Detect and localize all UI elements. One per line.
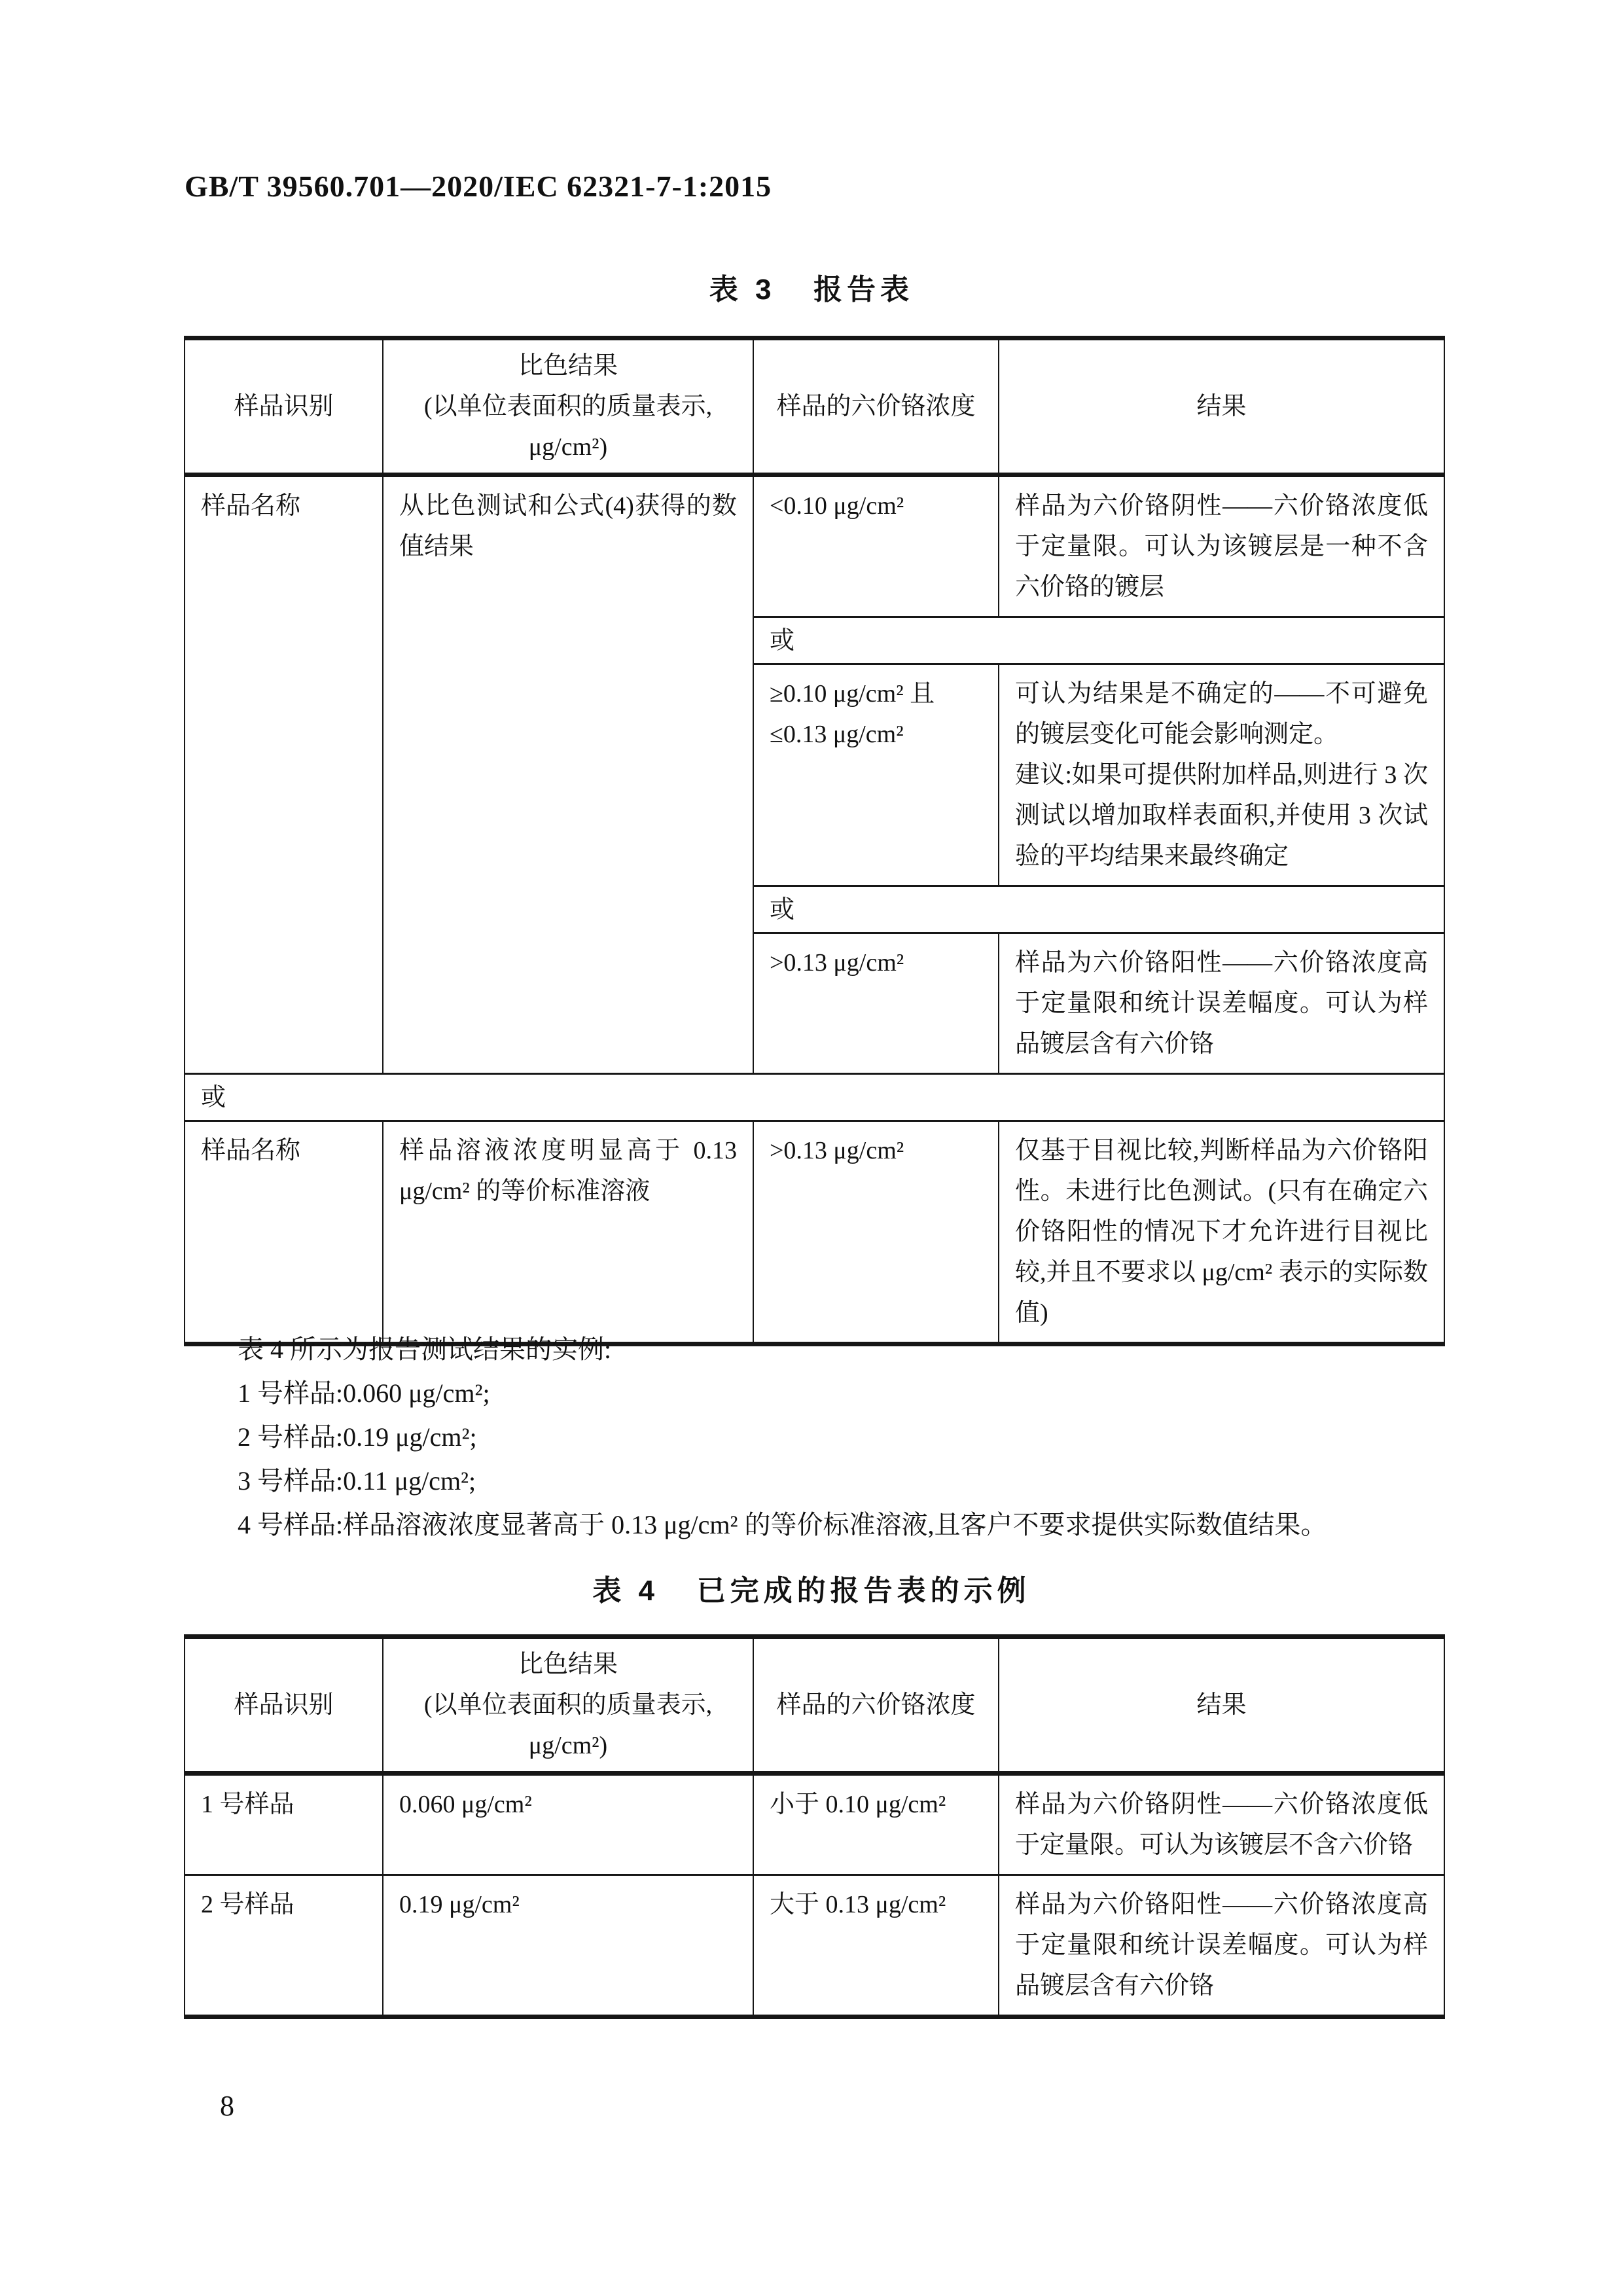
table-4-cell-sample-1-result: 样品为六价铬阴性——六价铬浓度低于定量限。可认为该镀层不含六价铬 <box>999 1774 1444 1875</box>
table-4-header-colorimetric-result: 比色结果 (以单位表面积的质量表示, μg/cm²) <box>383 1637 753 1774</box>
table-3-header-colorimetric-result: 比色结果 (以单位表面积的质量表示, μg/cm²) <box>383 338 753 475</box>
standard-number-header: GB/T 39560.701—2020/IEC 62321-7-1:2015 <box>185 169 772 204</box>
table-3-header-sample-id: 样品识别 <box>185 338 383 475</box>
table-3-cell-conc-gt013: >0.13 μg/cm² <box>753 933 999 1074</box>
table-3-cell-or-2: 或 <box>753 886 1444 933</box>
table-3-cell-sample-name: 样品名称 <box>185 475 383 1074</box>
table-3-cell-sample-name-2: 样品名称 <box>185 1121 383 1344</box>
table-4-cell-sample-1-id: 1 号样品 <box>185 1774 383 1875</box>
note-sample-3: 3 号样品:0.11 μg/cm²; <box>238 1459 1455 1503</box>
table-4-cell-sample-2-conc: 大于 0.13 μg/cm² <box>753 1875 999 2017</box>
table-4-header-row: 样品识别 比色结果 (以单位表面积的质量表示, μg/cm²) 样品的六价铬浓度… <box>185 1637 1444 1774</box>
table-3-cell-conc-gt013-2: >0.13 μg/cm² <box>753 1121 999 1344</box>
table-4-header-sample-id: 样品识别 <box>185 1637 383 1774</box>
table-4-header-cr6-concentration: 样品的六价铬浓度 <box>753 1637 999 1774</box>
note-sample-4: 4 号样品:样品溶液浓度显著高于 0.13 μg/cm² 的等价标准溶液,且客户… <box>238 1503 1455 1547</box>
table-3-row-or-3: 或 <box>185 1074 1444 1121</box>
table-3-cell-colorimetric-desc: 从比色测试和公式(4)获得的数值结果 <box>383 475 753 1074</box>
table-3-cell-result-negative: 样品为六价铬阴性——六价铬浓度低于定量限。可认为该镀层是一种不含六价铬的镀层 <box>999 475 1444 617</box>
table-3-cell-solution-desc: 样品溶液浓度明显高于 0.13 μg/cm² 的等价标准溶液 <box>383 1121 753 1344</box>
table-4-cell-sample-2-id: 2 号样品 <box>185 1875 383 2017</box>
note-sample-2: 2 号样品:0.19 μg/cm²; <box>238 1415 1455 1459</box>
table-3-row-visual-comparison: 样品名称 样品溶液浓度明显高于 0.13 μg/cm² 的等价标准溶液 >0.1… <box>185 1121 1444 1344</box>
table-4-cell-sample-2-colorimetric: 0.19 μg/cm² <box>383 1875 753 2017</box>
example-notes: 表 4 所示为报告测试结果的实例: 1 号样品:0.060 μg/cm²; 2 … <box>238 1327 1455 1547</box>
table-4-cell-sample-2-result: 样品为六价铬阳性——六价铬浓度高于定量限和统计误差幅度。可认为样品镀层含有六价铬 <box>999 1875 1444 2017</box>
notes-intro: 表 4 所示为报告测试结果的实例: <box>238 1327 1455 1371</box>
table-3-cell-or-1: 或 <box>753 617 1444 664</box>
table-3-header-cr6-concentration: 样品的六价铬浓度 <box>753 338 999 475</box>
table-3-header-result: 结果 <box>999 338 1444 475</box>
table-3-header-row: 样品识别 比色结果 (以单位表面积的质量表示, μg/cm²) 样品的六价铬浓度… <box>185 338 1444 475</box>
table-3-cell-or-3: 或 <box>185 1074 1444 1121</box>
table-3-cell-result-positive: 样品为六价铬阳性——六价铬浓度高于定量限和统计误差幅度。可认为样品镀层含有六价铬 <box>999 933 1444 1074</box>
table-4-completed-example: 样品识别 比色结果 (以单位表面积的质量表示, μg/cm²) 样品的六价铬浓度… <box>184 1634 1445 2019</box>
table-3-cell-conc-lt010: <0.10 μg/cm² <box>753 475 999 617</box>
table-4-row-sample-1: 1 号样品 0.060 μg/cm² 小于 0.10 μg/cm² 样品为六价铬… <box>185 1774 1444 1875</box>
document-page: { "page": { "header": "GB/T 39560.701—20… <box>0 0 1623 2296</box>
table-3-cell-conc-between: ≥0.10 μg/cm² 且 ≤0.13 μg/cm² <box>753 664 999 886</box>
note-sample-1: 1 号样品:0.060 μg/cm²; <box>238 1371 1455 1415</box>
table-3-cell-result-visual: 仅基于目视比较,判断样品为六价铬阳性。未进行比色测试。(只有在确定六价铬阳性的情… <box>999 1121 1444 1344</box>
table-3-row-negative: 样品名称 从比色测试和公式(4)获得的数值结果 <0.10 μg/cm² 样品为… <box>185 475 1444 617</box>
table-4-title: 表 4 已完成的报告表的示例 <box>0 1567 1623 1609</box>
table-4-header-result: 结果 <box>999 1637 1444 1774</box>
table-4-row-sample-2: 2 号样品 0.19 μg/cm² 大于 0.13 μg/cm² 样品为六价铬阳… <box>185 1875 1444 2017</box>
table-3-report-form: 样品识别 比色结果 (以单位表面积的质量表示, μg/cm²) 样品的六价铬浓度… <box>184 336 1445 1346</box>
table-4-cell-sample-1-conc: 小于 0.10 μg/cm² <box>753 1774 999 1875</box>
table-3-title: 表 3 报告表 <box>0 266 1623 308</box>
page-number: 8 <box>220 2089 234 2123</box>
table-3-cell-result-inconclusive: 可认为结果是不确定的——不可避免的镀层变化可能会影响测定。 建议:如果可提供附加… <box>999 664 1444 886</box>
table-4-cell-sample-1-colorimetric: 0.060 μg/cm² <box>383 1774 753 1875</box>
